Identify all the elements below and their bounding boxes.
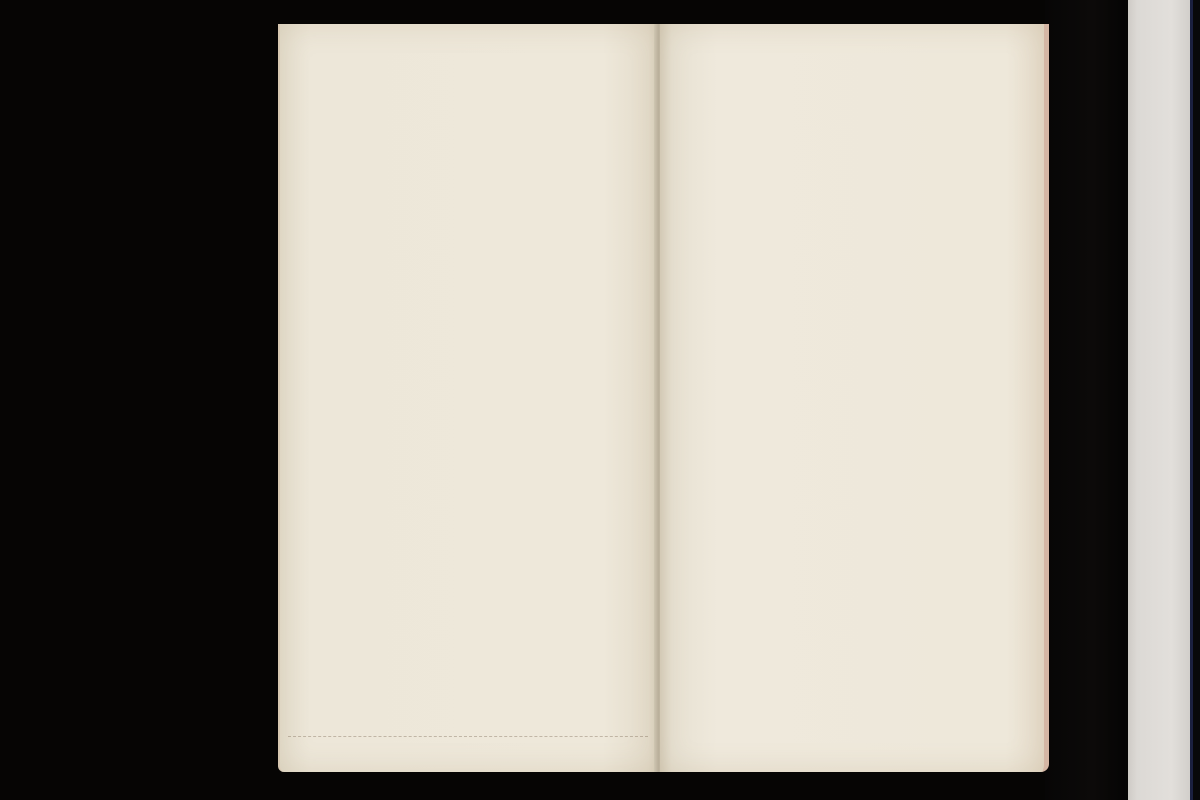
right-page <box>660 24 1049 772</box>
ruler-edge <box>1193 0 1200 800</box>
open-book <box>278 24 1046 772</box>
measurement-ruler <box>1128 0 1193 800</box>
page-crease <box>288 736 648 738</box>
left-page <box>278 24 660 772</box>
background-panel <box>1045 0 1125 800</box>
